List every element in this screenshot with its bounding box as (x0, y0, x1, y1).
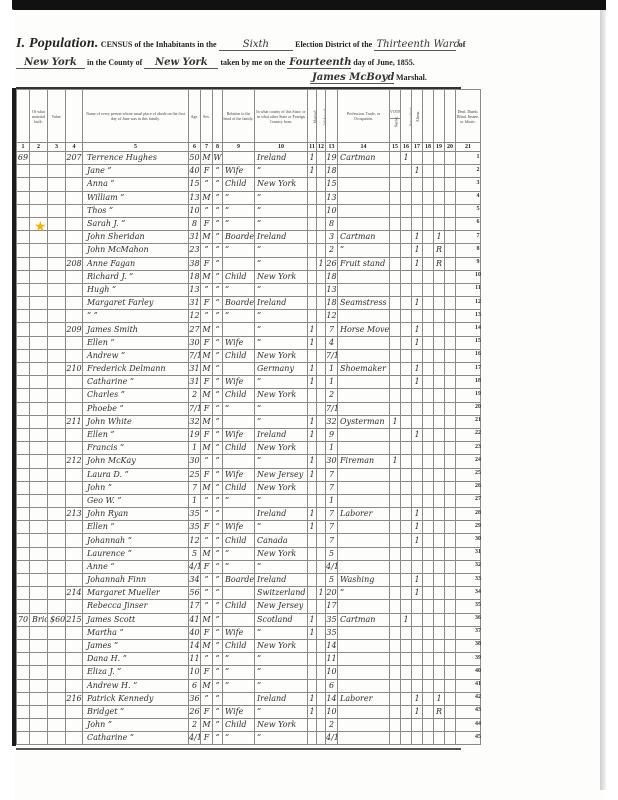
value-cell (48, 257, 66, 270)
age-cell: 18 (189, 270, 201, 283)
family-number (66, 297, 83, 310)
years-resident-cell: 8 (326, 217, 338, 230)
sex-cell: F (201, 217, 213, 230)
widowed-cell (317, 217, 326, 230)
native-voter-cell (390, 626, 401, 639)
material-cell (30, 178, 48, 191)
native-voter-cell (390, 534, 401, 547)
relation-cell: ” (223, 494, 255, 507)
sex-cell: M (201, 719, 213, 732)
color-cell: ” (213, 521, 223, 534)
column-number: 20 (445, 143, 456, 152)
dwelling-number (17, 547, 30, 560)
family-number (66, 442, 83, 455)
married-cell (308, 389, 317, 402)
alien-cell (412, 415, 423, 428)
col-header-name: Name of every person whose usual place o… (83, 90, 189, 143)
widowed-cell: 1 (317, 257, 326, 270)
land-owner-cell (445, 349, 456, 362)
age-cell: 7 (189, 481, 201, 494)
dwelling-number (17, 534, 30, 547)
col-header-color-not-taxed: Persons of color not taxed. (423, 90, 434, 143)
material-cell (30, 481, 48, 494)
native-voter-cell (390, 719, 401, 732)
relation-cell: Wife (223, 468, 255, 481)
value-cell (48, 468, 66, 481)
material-cell (30, 534, 48, 547)
land-owner-cell (445, 363, 456, 376)
alien-cell: 1 (412, 165, 423, 178)
color-cell: ” (213, 639, 223, 652)
person-name: Laurence ” (83, 547, 189, 560)
family-number (66, 217, 83, 230)
table-row: ” ”12””””12 (17, 310, 481, 323)
land-owner-cell (445, 165, 456, 178)
naturalized-voter-cell (401, 204, 412, 217)
date-suffix: day of June, 1855. (353, 58, 415, 67)
sex-cell: M (201, 323, 213, 336)
person-name: John McMahon (83, 244, 189, 257)
line-number: 28 (471, 510, 485, 516)
native-voter-cell (390, 297, 401, 310)
color-cell: W (213, 152, 223, 165)
value-cell (48, 508, 66, 521)
column-number: 7 (201, 143, 213, 152)
color-not-taxed-cell (423, 389, 434, 402)
sex-cell: M (201, 363, 213, 376)
illiterate-cell (434, 626, 445, 639)
occupation-cell: Oysterman (338, 415, 390, 428)
value-cell (48, 666, 66, 679)
table-row: Ellen ”19F”WifeIreland191 (17, 428, 481, 441)
relation-cell: Wife (223, 626, 255, 639)
illiterate-cell (434, 653, 445, 666)
occupation-cell (338, 666, 390, 679)
color-cell: ” (213, 653, 223, 666)
birthplace-cell: ” (255, 705, 308, 718)
birthplace-cell: ” (255, 494, 308, 507)
naturalized-voter-cell (401, 336, 412, 349)
table-row: Johannah ”12””ChildCanada71 (17, 534, 481, 547)
color-not-taxed-cell (423, 217, 434, 230)
sex-cell: F (201, 297, 213, 310)
sex-cell: M (201, 442, 213, 455)
dwelling-number (17, 468, 30, 481)
land-owner-cell (445, 613, 456, 626)
column-number: 18 (423, 143, 434, 152)
relation-cell (223, 415, 255, 428)
land-owner-cell (445, 732, 456, 745)
age-cell: 32 (189, 415, 201, 428)
widowed-cell (317, 653, 326, 666)
color-not-taxed-cell (423, 442, 434, 455)
family-number: 207 (66, 152, 83, 165)
material-cell (30, 270, 48, 283)
land-owner-cell (445, 231, 456, 244)
native-voter-cell (390, 666, 401, 679)
married-cell: 1 (308, 705, 317, 718)
occupation-cell (338, 534, 390, 547)
table-row: Sarah J. ”8F”””8 (17, 217, 481, 230)
illiterate-cell (434, 679, 445, 692)
age-cell: 31 (189, 363, 201, 376)
occupation-cell: ” (338, 244, 390, 257)
person-name: Johannah Finn (83, 574, 189, 587)
dwelling-number (17, 719, 30, 732)
color-not-taxed-cell (423, 547, 434, 560)
color-cell: ” (213, 719, 223, 732)
native-voter-cell (390, 389, 401, 402)
occupation-cell: Cartman (338, 613, 390, 626)
illiterate-cell (434, 534, 445, 547)
value-cell (48, 600, 66, 613)
value-cell (48, 178, 66, 191)
years-resident-cell: 7 (326, 534, 338, 547)
sex-cell: M (201, 639, 213, 652)
table-row: Hugh ”13””””13 (17, 283, 481, 296)
table-row: Ellen ”35F”Wife”171 (17, 521, 481, 534)
years-resident-cell: 20 (326, 587, 338, 600)
sex-cell: ” (201, 692, 213, 705)
occupation-cell (338, 653, 390, 666)
material-cell (30, 508, 48, 521)
line-number: 17 (471, 365, 485, 371)
naturalized-voter-cell (401, 626, 412, 639)
family-number (66, 336, 83, 349)
married-cell (308, 534, 317, 547)
color-cell: ” (213, 297, 223, 310)
illiterate-cell (434, 415, 445, 428)
table-row: William ”13M”””13 (17, 191, 481, 204)
age-cell: 35 (189, 521, 201, 534)
native-voter-cell (390, 152, 401, 165)
alien-cell: 1 (412, 336, 423, 349)
illiterate-cell: 1 (434, 692, 445, 705)
sex-cell: M (201, 613, 213, 626)
column-number: 2 (30, 143, 48, 152)
person-name: Margaret Farley (83, 297, 189, 310)
family-number (66, 600, 83, 613)
material-cell (30, 732, 48, 745)
widowed-cell (317, 231, 326, 244)
years-resident-cell: 18 (326, 270, 338, 283)
naturalized-voter-cell (401, 574, 412, 587)
married-cell: 1 (308, 508, 317, 521)
illiterate-cell (434, 508, 445, 521)
color-not-taxed-cell (423, 270, 434, 283)
married-cell (308, 639, 317, 652)
table-row: 70Brick$6000215James Scott41M”Scotland13… (17, 613, 481, 626)
color-not-taxed-cell (423, 521, 434, 534)
line-number: 42 (471, 694, 485, 700)
married-cell (308, 719, 317, 732)
widowed-cell (317, 178, 326, 191)
naturalized-voter-cell (401, 705, 412, 718)
value-cell (48, 217, 66, 230)
value-cell (48, 494, 66, 507)
relation-cell: Wife (223, 428, 255, 441)
election-district-label: Election District of the (295, 40, 372, 49)
alien-cell: 1 (412, 376, 423, 389)
relation-cell: Child (223, 442, 255, 455)
dwelling-number (17, 587, 30, 600)
family-number (66, 666, 83, 679)
color-cell: ” (213, 402, 223, 415)
table-row: 216Patrick Kennedy36””Ireland114Laborer1… (17, 692, 481, 705)
married-cell: 1 (308, 363, 317, 376)
dwelling-number (17, 323, 30, 336)
family-number (66, 679, 83, 692)
birthplace-cell: Canada (255, 534, 308, 547)
widowed-cell (317, 310, 326, 323)
table-row: 208Anne Fagan38F””126Fruit stand1R (17, 257, 481, 270)
native-voter-cell (390, 428, 401, 441)
land-owner-cell (445, 719, 456, 732)
years-resident-cell: 15 (326, 178, 338, 191)
color-cell: ” (213, 442, 223, 455)
native-voter-cell (390, 639, 401, 652)
land-owner-cell (445, 402, 456, 415)
illiterate-cell: R (434, 257, 445, 270)
line-number: 21 (471, 417, 485, 423)
material-cell (30, 336, 48, 349)
illiterate-cell (434, 494, 445, 507)
dwelling-number (17, 204, 30, 217)
widowed-cell (317, 349, 326, 362)
married-cell: 1 (308, 376, 317, 389)
married-cell (308, 402, 317, 415)
table-row: John ”7M”ChildNew York7 (17, 481, 481, 494)
widowed-cell (317, 508, 326, 521)
widowed-cell (317, 363, 326, 376)
native-voter-cell (390, 547, 401, 560)
sex-cell: F (201, 257, 213, 270)
illiterate-cell (434, 481, 445, 494)
color-cell: ” (213, 587, 223, 600)
land-owner-cell (445, 600, 456, 613)
value-cell (48, 639, 66, 652)
person-name: Frederick Delmann (83, 363, 189, 376)
married-cell: 1 (308, 323, 317, 336)
birthplace-cell: ” (255, 666, 308, 679)
widowed-cell (317, 204, 326, 217)
value-cell (48, 692, 66, 705)
illiterate-cell: R (434, 705, 445, 718)
widowed-cell (317, 574, 326, 587)
color-not-taxed-cell (423, 283, 434, 296)
family-number (66, 310, 83, 323)
line-number: 3 (471, 180, 485, 186)
dwelling-number (17, 494, 30, 507)
sex-cell: F (201, 732, 213, 745)
birthplace-cell: ” (255, 244, 308, 257)
person-name: Laura D. ” (83, 468, 189, 481)
material-cell (30, 547, 48, 560)
color-not-taxed-cell (423, 574, 434, 587)
dwelling-number (17, 191, 30, 204)
land-owner-cell (445, 442, 456, 455)
years-resident-cell: 4 (326, 336, 338, 349)
widowed-cell (317, 613, 326, 626)
birthplace-cell: ” (255, 415, 308, 428)
value-cell (48, 152, 66, 165)
years-resident-cell: 1 (326, 363, 338, 376)
naturalized-voter-cell (401, 257, 412, 270)
illiterate-cell (434, 376, 445, 389)
family-number (66, 494, 83, 507)
value-cell (48, 521, 66, 534)
occupation-cell (338, 402, 390, 415)
color-cell: ” (213, 508, 223, 521)
marshal-line: James McBoyd Marshal. (310, 72, 427, 84)
sex-cell: ” (201, 310, 213, 323)
age-cell: 13 (189, 283, 201, 296)
table-row: Bridget ”26F”Wife”1101R (17, 705, 481, 718)
occupation-cell (338, 428, 390, 441)
dwelling-number (17, 653, 30, 666)
naturalized-voter-cell (401, 191, 412, 204)
material-cell (30, 204, 48, 217)
land-owner-cell (445, 204, 456, 217)
line-number: 18 (471, 378, 485, 384)
color-not-taxed-cell (423, 719, 434, 732)
line-number: 13 (471, 312, 485, 318)
city-value: New York (16, 57, 85, 69)
family-number (66, 349, 83, 362)
family-number (66, 191, 83, 204)
naturalized-voter-cell (401, 455, 412, 468)
alien-cell: 1 (412, 692, 423, 705)
married-cell (308, 178, 317, 191)
occupation-cell (338, 547, 390, 560)
years-resident-cell: 19 (326, 152, 338, 165)
color-not-taxed-cell (423, 336, 434, 349)
dwelling-number (17, 165, 30, 178)
age-cell: 50 (189, 152, 201, 165)
material-cell (30, 560, 48, 573)
illiterate-cell (434, 455, 445, 468)
column-headers: Dwelling-houses numbered in the order of… (17, 90, 481, 143)
widowed-cell (317, 323, 326, 336)
relation-cell: ” (223, 191, 255, 204)
person-name: John Ryan (83, 508, 189, 521)
color-cell: ” (213, 692, 223, 705)
birthplace-cell: New York (255, 178, 308, 191)
years-resident-cell: 30 (326, 455, 338, 468)
person-name: John McKay (83, 455, 189, 468)
color-not-taxed-cell (423, 481, 434, 494)
relation-cell: ” (223, 653, 255, 666)
color-not-taxed-cell (423, 244, 434, 257)
dwelling-number (17, 349, 30, 362)
color-not-taxed-cell (423, 402, 434, 415)
relation-cell: Child (223, 178, 255, 191)
naturalized-voter-cell (401, 560, 412, 573)
color-not-taxed-cell (423, 705, 434, 718)
family-number (66, 732, 83, 745)
person-name: Charles ” (83, 389, 189, 402)
dwelling-number (17, 574, 30, 587)
occupation-cell (338, 389, 390, 402)
family-number (66, 244, 83, 257)
person-name: James ” (83, 639, 189, 652)
illiterate-cell (434, 428, 445, 441)
color-not-taxed-cell (423, 297, 434, 310)
table-row: 213John Ryan35””Ireland17Laborer1 (17, 508, 481, 521)
relation-cell: ” (223, 666, 255, 679)
sex-cell: ” (201, 283, 213, 296)
line-number: 27 (471, 496, 485, 502)
family-number: 215 (66, 613, 83, 626)
native-voter-cell (390, 244, 401, 257)
land-owner-cell (445, 191, 456, 204)
sex-cell: F (201, 336, 213, 349)
relation-cell (223, 152, 255, 165)
married-cell: 1 (308, 336, 317, 349)
dwelling-number (17, 692, 30, 705)
col-header-relation: Relation to the head of the family. (223, 90, 255, 143)
birthplace-cell: ” (255, 626, 308, 639)
illiterate-cell (434, 732, 445, 745)
alien-cell (412, 402, 423, 415)
birthplace-cell: New York (255, 719, 308, 732)
col-header-birthplace: In what county of this State, or in what… (255, 90, 308, 143)
birthplace-cell: New York (255, 389, 308, 402)
family-number (66, 626, 83, 639)
alien-cell (412, 626, 423, 639)
widowed-cell (317, 165, 326, 178)
occupation-cell (338, 165, 390, 178)
material-cell (30, 323, 48, 336)
years-resident-cell: 10 (326, 204, 338, 217)
sex-cell: F (201, 402, 213, 415)
line-number: 34 (471, 589, 485, 595)
dwelling-number (17, 244, 30, 257)
years-resident-cell: 1 (326, 442, 338, 455)
age-cell: 4/12 (189, 560, 201, 573)
value-cell (48, 547, 66, 560)
years-resident-cell: 7 (326, 508, 338, 521)
land-owner-cell (445, 481, 456, 494)
native-voter-cell (390, 732, 401, 745)
birthplace-cell: Ireland (255, 231, 308, 244)
naturalized-voter-cell (401, 442, 412, 455)
line-number: 5 (471, 206, 485, 212)
land-owner-cell (445, 468, 456, 481)
line-number: 1 (471, 154, 485, 160)
dwelling-number (17, 217, 30, 230)
land-owner-cell (445, 336, 456, 349)
sex-cell: ” (201, 244, 213, 257)
col-header-widowed: Widowed. (317, 90, 326, 143)
alien-cell: 1 (412, 508, 423, 521)
occupation-cell (338, 639, 390, 652)
value-cell (48, 560, 66, 573)
alien-cell: 1 (412, 297, 423, 310)
relation-cell (223, 613, 255, 626)
color-not-taxed-cell (423, 508, 434, 521)
occupation-cell (338, 481, 390, 494)
sex-cell: ” (201, 508, 213, 521)
value-cell (48, 283, 66, 296)
table-row: 211John White32M””132Oysterman1 (17, 415, 481, 428)
person-name: Andrew ” (83, 349, 189, 362)
family-number (66, 376, 83, 389)
color-not-taxed-cell (423, 363, 434, 376)
age-cell: 30 (189, 336, 201, 349)
illiterate-cell (434, 204, 445, 217)
dwelling-number (17, 481, 30, 494)
